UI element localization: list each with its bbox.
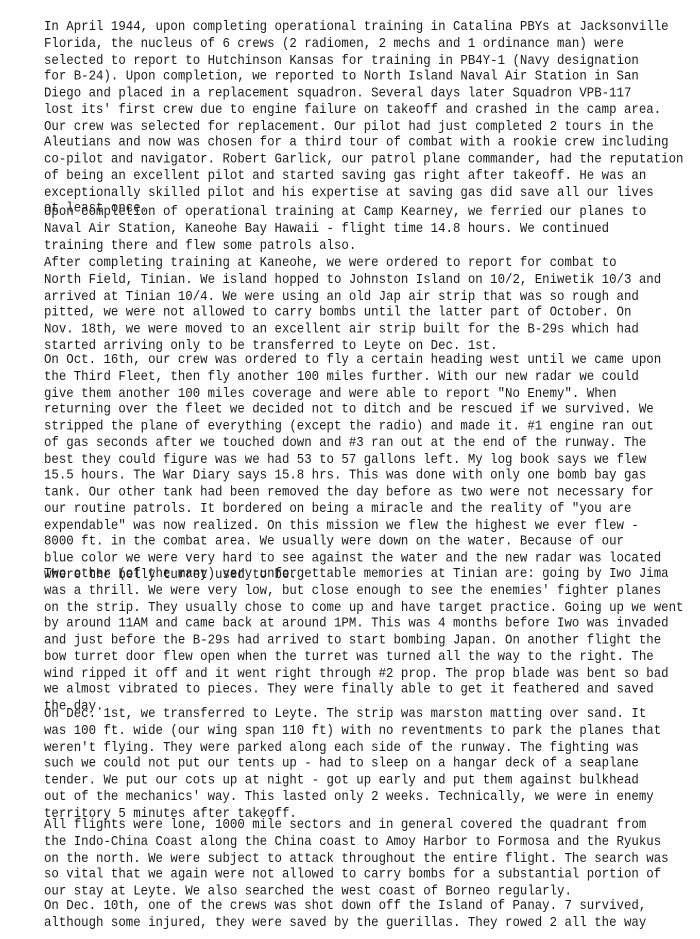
text-line: although some injured, they were saved b… <box>44 915 700 932</box>
text-line: and just before the B-29s had arrived to… <box>44 632 700 649</box>
paragraph-leyte-transfer: On Dec. 1st, we transferred to Leyte. Th… <box>44 706 700 822</box>
text-line: weren't flying. They were parked along e… <box>44 739 700 756</box>
text-line: exceptionally skilled pilot and his expe… <box>44 184 700 201</box>
text-line: 15.5 hours. The War Diary says 15.8 hrs.… <box>44 467 700 484</box>
text-line: by around 11AM and came back at around 1… <box>44 615 700 632</box>
text-line: expendable" was now realized. On this mi… <box>44 517 700 534</box>
paragraph-tinian-memories: Two other (of the many) very unforgettab… <box>44 566 700 715</box>
text-line: Aleutians and now was chosen for a third… <box>44 135 700 152</box>
text-line: All flights were lone, 1000 mile sectors… <box>44 817 700 834</box>
paragraph-dec-10-panay: On Dec. 10th, one of the crews was shot … <box>44 898 700 931</box>
text-line: we almost vibrated to pieces. They were … <box>44 681 700 698</box>
text-line: tender. We put our cots up at night - go… <box>44 772 700 789</box>
text-line: the Third Fleet, then fly another 100 mi… <box>44 368 700 385</box>
text-line: stripped the plane of everything (except… <box>44 418 700 435</box>
text-line: Two other (of the many) very unforgettab… <box>44 566 700 583</box>
text-line: On Dec. 1st, we transferred to Leyte. Th… <box>44 706 700 723</box>
text-line: bow turret door flew open when the turre… <box>44 648 700 665</box>
text-line: on the north. We were subject to attack … <box>44 850 700 867</box>
text-line: training there and flew some patrols als… <box>44 237 700 254</box>
text-line: give them another 100 miles coverage and… <box>44 385 700 402</box>
text-line: such we could not put our tents up - had… <box>44 756 700 773</box>
text-line: pitted, we were not allowed to carry bom… <box>44 305 700 322</box>
text-line: Nov. 18th, we were moved to an excellent… <box>44 322 700 339</box>
text-line: tank. Our other tank had been removed th… <box>44 484 700 501</box>
text-line: Diego and placed in a replacement squadr… <box>44 85 700 102</box>
text-line: On Dec. 10th, one of the crews was shot … <box>44 898 700 915</box>
text-line: On Oct. 16th, our crew was ordered to fl… <box>44 352 700 369</box>
text-line: Naval Air Station, Kaneohe Bay Hawaii - … <box>44 220 700 237</box>
paragraph-training-1944: In April 1944, upon completing operation… <box>44 19 700 217</box>
text-line: Our crew was selected for replacement. O… <box>44 118 700 135</box>
text-line: so vital that we again were not allowed … <box>44 866 700 883</box>
text-line: arrived at Tinian 10/4. We were using an… <box>44 288 700 305</box>
text-line: Florida, the nucleus of 6 crews (2 radio… <box>44 36 700 53</box>
text-line: the Indo-China Coast along the China coa… <box>44 833 700 850</box>
text-line: best they could figure was we had 53 to … <box>44 451 700 468</box>
text-line: Upon completion of operational training … <box>44 204 700 221</box>
text-line: After completing training at Kaneohe, we… <box>44 255 700 272</box>
text-line: North Field, Tinian. We island hopped to… <box>44 272 700 289</box>
text-line: was 100 ft. wide (our wing span 110 ft) … <box>44 722 700 739</box>
text-line: co-pilot and navigator. Robert Garlick, … <box>44 151 700 168</box>
text-line: was a thrill. We were very low, but clos… <box>44 582 700 599</box>
text-line: for B-24). Upon completion, we reported … <box>44 69 700 86</box>
text-line: blue color we were very hard to see agai… <box>44 550 700 567</box>
text-line: our routine patrols. It bordered on bein… <box>44 500 700 517</box>
text-line: 8000 ft. in the combat area. We usually … <box>44 533 700 550</box>
paragraph-kaneohe-tinian: After completing training at Kaneohe, we… <box>44 255 700 354</box>
text-line: of being an excellent pilot and started … <box>44 168 700 185</box>
paragraph-oct-16-mission: On Oct. 16th, our crew was ordered to fl… <box>44 352 700 583</box>
text-line: wind ripped it off and it went right thr… <box>44 665 700 682</box>
paragraph-lone-flights: All flights were lone, 1000 mile sectors… <box>44 817 700 900</box>
text-line: out of the mechanics' way. This lasted o… <box>44 789 700 806</box>
text-line: In April 1944, upon completing operation… <box>44 19 700 36</box>
text-line: on the strip. They usually chose to come… <box>44 599 700 616</box>
text-line: returning over the fleet we decided not … <box>44 401 700 418</box>
text-line: lost its' first crew due to engine failu… <box>44 102 700 119</box>
text-line: of gas seconds after we touched down and… <box>44 434 700 451</box>
document-page: In April 1944, upon completing operation… <box>44 19 700 935</box>
paragraph-camp-kearney: Upon completion of operational training … <box>44 204 700 254</box>
text-line: selected to report to Hutchinson Kansas … <box>44 52 700 69</box>
text-line: our stay at Leyte. We also searched the … <box>44 883 700 900</box>
